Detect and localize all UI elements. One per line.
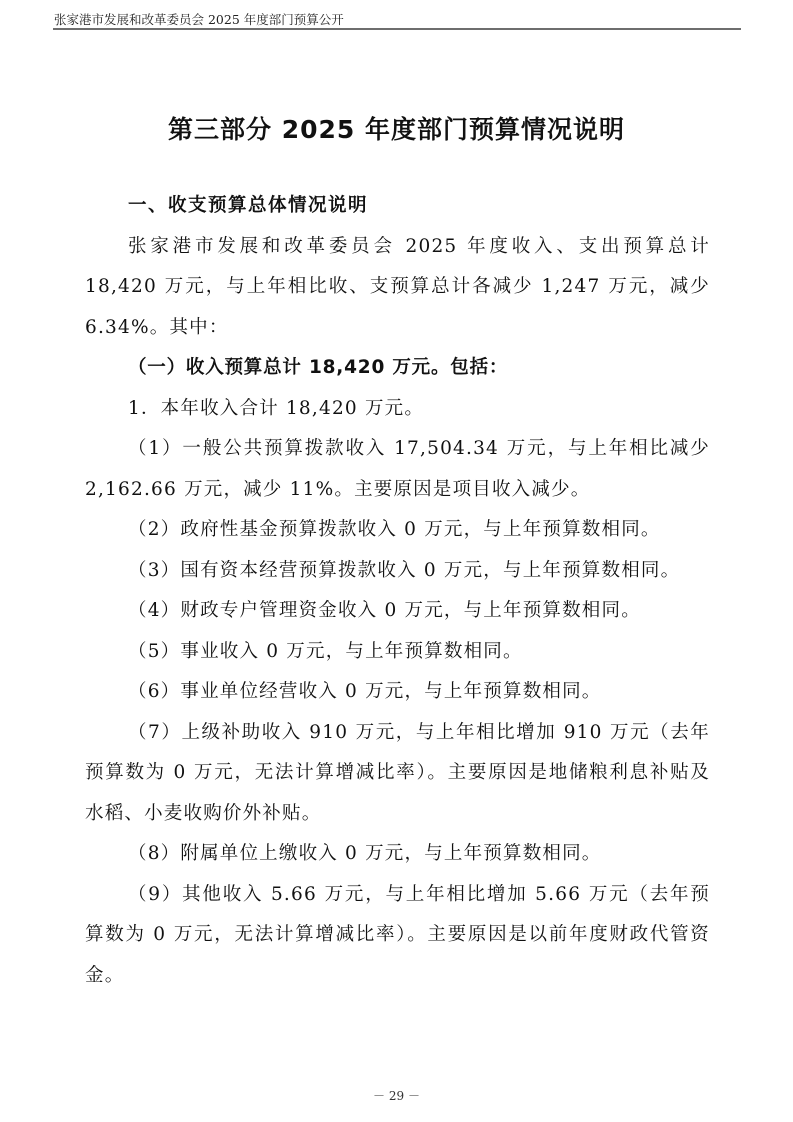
income-item-superior-subsidy: （7）上级补助收入 910 万元，与上年相比增加 910 万元（去年预算数为 0… <box>85 713 710 835</box>
header-divider <box>53 28 741 30</box>
running-header: 张家港市发展和改革委员会 2025 年度部门预算公开 <box>54 10 344 28</box>
income-item-government-fund: （2）政府性基金预算拨款收入 0 万元，与上年预算数相同。 <box>85 510 710 551</box>
income-item-affiliated-units: （8）附属单位上缴收入 0 万元，与上年预算数相同。 <box>85 834 710 875</box>
overview-paragraph: 张家港市发展和改革委员会 2025 年度收入、支出预算总计 18,420 万元，… <box>85 227 710 349</box>
section-heading-overview: 一、收支预算总体情况说明 <box>85 186 710 227</box>
document-body: 一、收支预算总体情况说明 张家港市发展和改革委员会 2025 年度收入、支出预算… <box>85 186 710 996</box>
page-title: 第三部分 2025 年度部门预算情况说明 <box>0 110 793 146</box>
page-number: － 29 － <box>0 1087 793 1104</box>
income-subheading: （一）收入预算总计 18,420 万元。包括： <box>85 348 710 389</box>
income-item-business: （5）事业收入 0 万元，与上年预算数相同。 <box>85 632 710 673</box>
income-total-item: 1．本年收入合计 18,420 万元。 <box>85 389 710 430</box>
income-item-other: （9）其他收入 5.66 万元，与上年相比增加 5.66 万元（去年预算数为 0… <box>85 875 710 997</box>
income-item-business-operation: （6）事业单位经营收入 0 万元，与上年预算数相同。 <box>85 672 710 713</box>
income-item-special-account: （4）财政专户管理资金收入 0 万元，与上年预算数相同。 <box>85 591 710 632</box>
income-item-state-capital: （3）国有资本经营预算拨款收入 0 万元，与上年预算数相同。 <box>85 551 710 592</box>
income-item-general-budget: （1）一般公共预算拨款收入 17,504.34 万元，与上年相比减少 2,162… <box>85 429 710 510</box>
